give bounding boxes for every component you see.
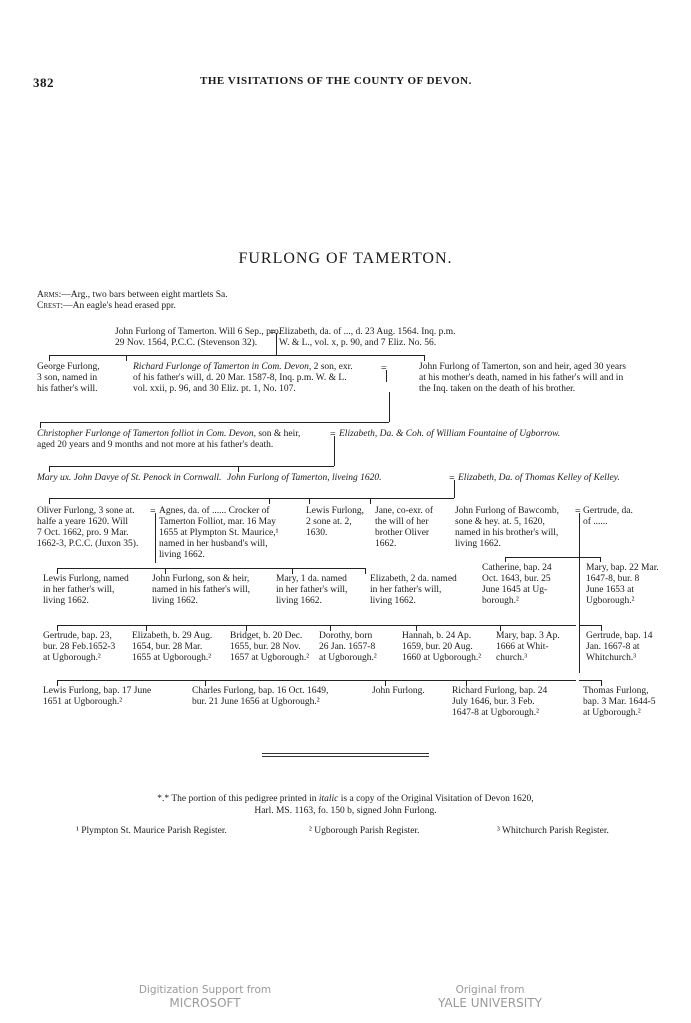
person-lewis-furlong-gen5: Lewis Furlong,2 sone at. 2,1630. [306,506,364,539]
note-italic-word: italic [319,794,339,804]
christopher-name: Christopher Furlonge of Tamerton folliot… [37,429,256,439]
footnote-1: ¹ Plympton St. Maurice Parish Register. [76,825,227,837]
credit-left-line2: MICROSOFT [130,996,280,1010]
person-lewis-furlong-1651: Lewis Furlong, bap. 17 June1651 at Ugbor… [43,686,151,708]
person-john-furlong-1620: John Furlong of Tamerton, liveing 1620. [227,473,382,484]
person-elizabeth-gen1: Elizabeth, da. of ..., d. 23 Aug. 1564. … [279,327,456,349]
person-dorothy: Dorothy, born26 Jan. 1657-8at Ugborough.… [319,631,377,664]
person-elizabeth-2da: Elizabeth, 2 da. namedin her father's wi… [370,574,457,607]
arms-label: Arms [37,290,59,300]
person-mary-davye: Mary ux. John Davye of St. Penock in Cor… [37,473,221,484]
person-elizabeth-1654: Elizabeth, b. 29 Aug.1654, bur. 28 Mar.1… [132,631,212,664]
person-agnes-crocker: Agnes, da. of ...... Crocker ofTamerton … [159,506,278,561]
arms-line: Arms:—Arg., two bars between eight martl… [37,290,228,301]
person-catherine: Catherine, bap. 24Oct. 1643, bur. 25June… [482,563,552,607]
page-number: 382 [33,75,54,91]
person-john-furlong-bawcomb: John Furlong of Bawcomb,sone & hey. at. … [455,506,559,550]
person-christopher-furlonge: Christopher Furlonge of Tamerton folliot… [37,429,300,451]
italic-note: *.* The portion of this pedigree printed… [0,793,691,817]
person-elizabeth-fountaine: Elizabeth, Da. & Coh. of William Fountai… [339,429,560,440]
person-charles-furlong: Charles Furlong, bap. 16 Oct. 1649,bur. … [192,686,328,708]
person-richard-furlonge: Richard Furlonge of Tamerton in Com. Dev… [133,362,393,395]
person-mary-1647: Mary, bap. 22 Mar.1647-8, bur. 8June 165… [586,563,659,607]
person-jane: Jane, co-exr. ofthe will of herbrother O… [375,506,433,550]
page-title: FURLONG OF TAMERTON. [0,250,691,268]
note-symbol: *.* [157,794,169,804]
person-george-furlong: George Furlong,3 son, named inhis father… [37,362,100,395]
credit-left-line1: Digitization Support from [130,984,280,996]
crest-text: :—An eagle's head erased ppr. [60,301,175,311]
credit-right-line2: YALE UNIVERSITY [420,996,560,1010]
richard-name: Richard Furlonge of Tamerton in Com. Dev… [133,362,311,372]
person-gertrude-1652: Gertrude, bap. 23,bur. 28 Feb.1652-3at U… [43,631,115,664]
person-john-furlong-gen8: John Furlong. [372,686,425,697]
credit-yale: Original from YALE UNIVERSITY [420,984,560,1010]
person-elizabeth-kelley: Elizabeth, Da. of Thomas Kelley of Kelle… [458,473,620,484]
note-text-2: is a copy of the Original Visitation of … [338,794,533,804]
person-mary-1666: Mary, bap. 3 Ap.1666 at Whit-church.³ [496,631,560,664]
footnote-2: ² Ugborough Parish Register. [309,825,420,837]
note-text: The portion of this pedigree printed in [169,794,319,804]
person-lewis-furlong-gen6: Lewis Furlong, namedin her father's will… [43,574,129,607]
person-gertrude-1667: Gertrude, bap. 14Jan. 1667-8 atWhitchurc… [586,631,652,664]
note-line2: Harl. MS. 1163, fo. 150 b, signed John F… [254,806,436,816]
marriage-symbol: = [270,328,276,338]
person-bridget: Bridget, b. 20 Dec.1655, bur. 28 Nov.165… [230,631,309,664]
person-oliver-furlong: Oliver Furlong, 3 sone at.halfe a yeare … [37,506,138,550]
person-john-furlong-gen2: John Furlong of Tamerton, son and heir, … [419,362,626,395]
person-hannah: Hannah, b. 24 Ap.1659, bur. 20 Aug.1660 … [402,631,481,664]
crest-line: Crest:—An eagle's head erased ppr. [37,301,176,312]
credit-microsoft: Digitization Support from MICROSOFT [130,984,280,1010]
running-title: THE VISITATIONS OF THE COUNTY OF DEVON. [200,75,472,87]
person-richard-furlong-1646: Richard Furlong, bap. 24July 1646, bur. … [452,686,547,719]
person-gertrude-wife: Gertrude, da.of ...... [583,506,633,528]
section-divider [262,753,429,757]
person-john-furlong-gen1: John Furlong of Tamerton. Will 6 Sep., p… [115,327,281,349]
person-thomas-furlong: Thomas Furlong,bap. 3 Mar. 1644-5at Ugbo… [583,686,656,719]
credit-right-line1: Original from [420,984,560,996]
arms-text: :—Arg., two bars between eight martlets … [59,290,228,300]
person-mary-1da: Mary, 1 da. namedin her father's will,li… [276,574,347,607]
person-john-furlong-heir: John Furlong, son & heir,named in his fa… [152,574,250,607]
footnote-3: ³ Whitchurch Parish Register. [497,825,609,837]
crest-label: Crest [37,301,60,311]
